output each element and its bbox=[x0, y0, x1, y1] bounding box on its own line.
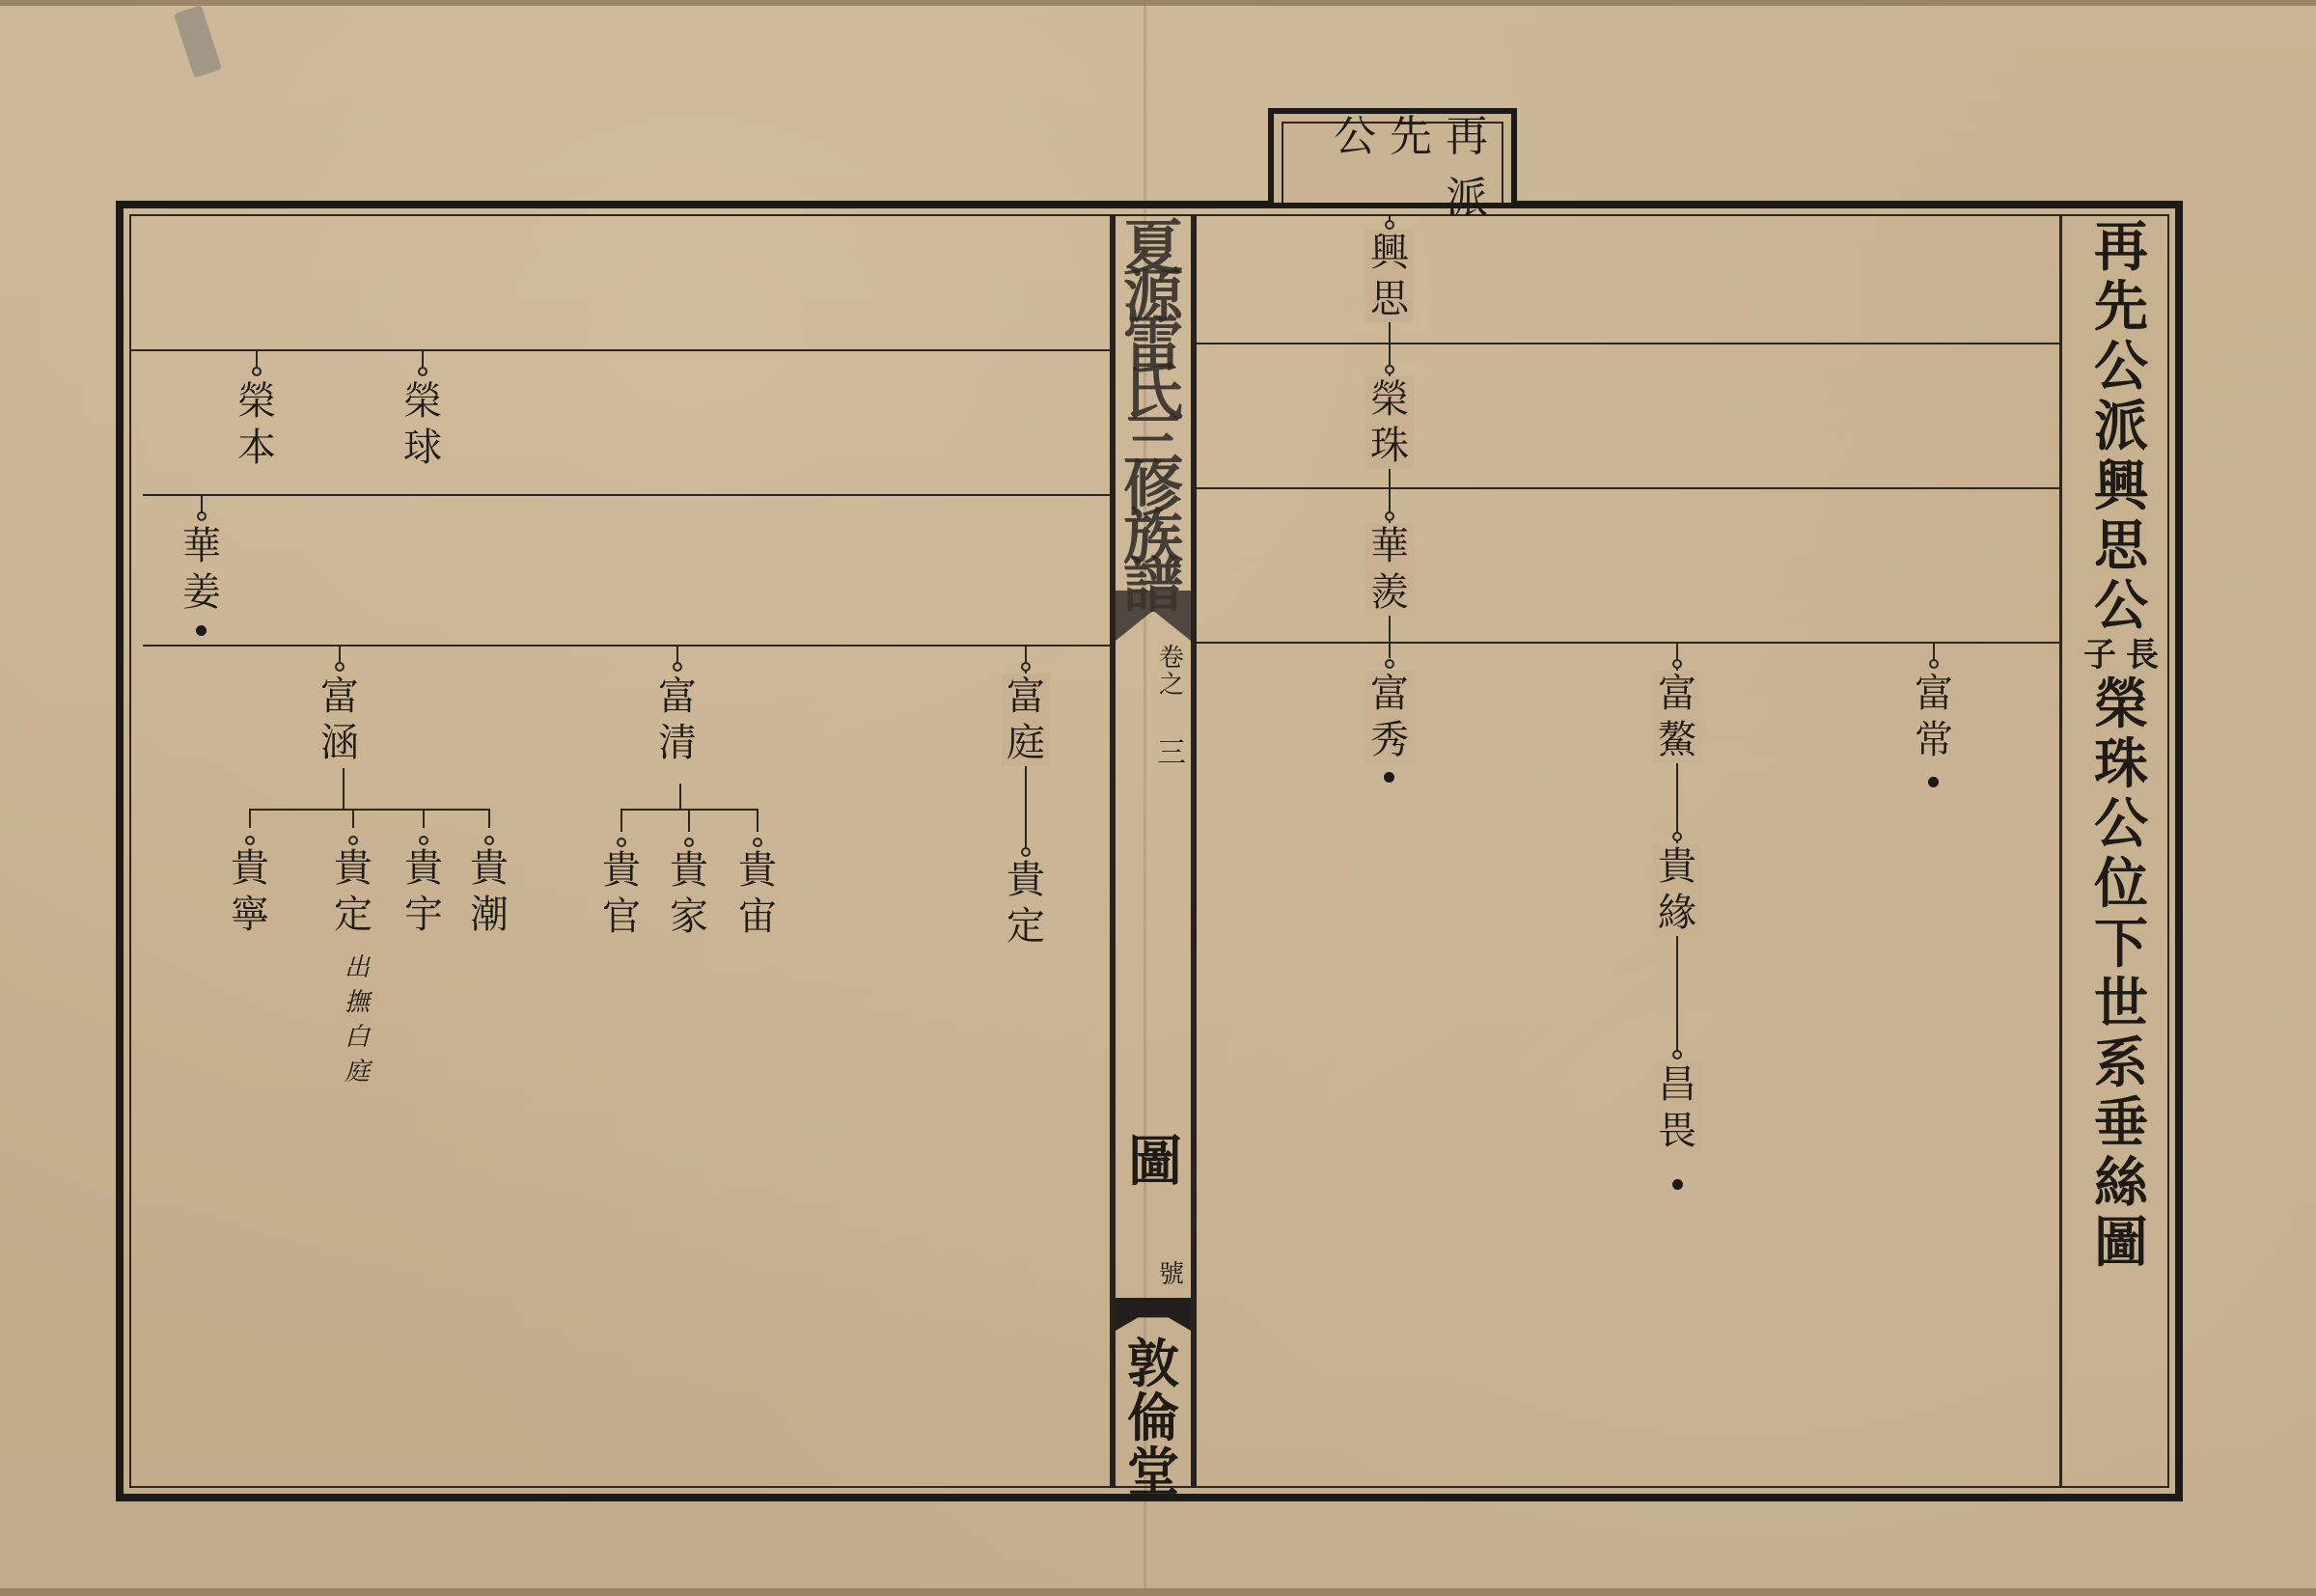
lineage-line bbox=[676, 645, 678, 664]
spine-volume-char: 之 bbox=[1159, 672, 1184, 699]
branch-tab: 再先公派 bbox=[1268, 108, 1517, 208]
lineage-line bbox=[488, 809, 490, 828]
generation-rule bbox=[1197, 487, 2059, 489]
person-hua-jiang: 華 姜 bbox=[178, 523, 226, 616]
adoption-note: 出 撫 白 庭 bbox=[340, 950, 374, 1089]
node-ring bbox=[245, 836, 255, 845]
terminal-dot bbox=[1672, 1179, 1683, 1190]
title-small-pair: 長 子 bbox=[2083, 636, 2159, 674]
title-char: 珠 bbox=[2094, 734, 2148, 794]
person-fu-qing: 富 清 bbox=[653, 674, 702, 766]
person-fu-chang: 富 常 bbox=[1910, 671, 1958, 763]
lineage-line bbox=[249, 809, 251, 828]
title-char: 榮 bbox=[2094, 674, 2148, 734]
title-char: 位 bbox=[2094, 854, 2148, 914]
person-hua-xian: 華 羨 bbox=[1365, 523, 1414, 616]
terminal-dot bbox=[196, 625, 207, 636]
terminal-dot bbox=[1928, 777, 1939, 787]
person-gui-jia: 貴 家 bbox=[665, 847, 713, 940]
lineage-line bbox=[343, 768, 345, 809]
title-char: 系 bbox=[2094, 1033, 2148, 1093]
lineage-line bbox=[422, 349, 424, 369]
lineage-line bbox=[757, 809, 758, 832]
person-gui-zhou: 貴 宙 bbox=[733, 847, 782, 940]
lineage-line bbox=[679, 784, 681, 809]
node-ring bbox=[673, 662, 682, 672]
person-gui-guan: 貴 官 bbox=[597, 847, 646, 940]
spine-book-title: 夏 源 雷 氏 三 修 族 譜 bbox=[1116, 224, 1191, 610]
person-rong-zhu: 榮 珠 bbox=[1365, 376, 1414, 469]
node-ring bbox=[419, 836, 428, 845]
node-ring bbox=[335, 662, 345, 672]
node-ring bbox=[484, 836, 494, 845]
spine-volume-char: 卷 bbox=[1159, 645, 1184, 672]
node-ring bbox=[1021, 847, 1031, 857]
spine-hao: 號 bbox=[1154, 1254, 1189, 1290]
node-ring bbox=[418, 367, 427, 376]
spine-volume-number: 三 bbox=[1154, 729, 1189, 771]
person-gui-yuan: 貴 緣 bbox=[1653, 843, 1701, 936]
generation-rule bbox=[1197, 642, 2059, 644]
node-ring bbox=[348, 836, 358, 845]
generation-rule bbox=[143, 645, 1110, 647]
node-ring bbox=[252, 367, 262, 376]
title-char: 絲 bbox=[2094, 1153, 2148, 1213]
spine-volume: 卷 之 bbox=[1154, 645, 1189, 699]
person-rong-ben: 榮 本 bbox=[233, 378, 281, 471]
spine-right-rule bbox=[1191, 214, 1197, 1488]
branch-tab-inner: 再先公派 bbox=[1282, 122, 1503, 203]
node-ring bbox=[617, 838, 626, 847]
page-bottom-edge bbox=[0, 1588, 2316, 1596]
title-char: 公 bbox=[2094, 337, 2148, 397]
node-ring bbox=[1672, 832, 1682, 841]
lineage-line bbox=[339, 645, 341, 664]
lineage-line bbox=[256, 349, 258, 369]
node-ring bbox=[1672, 659, 1682, 669]
lineage-line bbox=[688, 809, 690, 832]
title-char: 興 bbox=[2094, 456, 2148, 516]
branch-tab-label: 再先公派 bbox=[1283, 101, 1502, 225]
lineage-line bbox=[352, 809, 354, 828]
person-fu-ting: 富 庭 bbox=[1002, 674, 1050, 766]
spine-hall-char: 倫 bbox=[1127, 1390, 1179, 1445]
generation-rule bbox=[143, 494, 1110, 496]
node-ring bbox=[684, 838, 694, 847]
title-char: 再 bbox=[2094, 217, 2148, 277]
spine-hall-name: 敦 倫 堂 bbox=[1116, 1336, 1191, 1499]
node-ring bbox=[1385, 220, 1394, 230]
title-char: 派 bbox=[2094, 397, 2148, 456]
generation-rule bbox=[1197, 343, 2059, 344]
node-ring bbox=[1385, 659, 1394, 669]
person-gui-ding: 貴 定 bbox=[329, 845, 377, 938]
terminal-dot bbox=[1384, 772, 1394, 783]
person-rong-qiu: 榮 球 bbox=[399, 378, 447, 471]
title-char: 世 bbox=[2094, 974, 2148, 1033]
title-column-rule bbox=[2059, 214, 2062, 1488]
spine-hall-char: 敦 bbox=[1127, 1336, 1179, 1390]
title-char: 下 bbox=[2094, 914, 2148, 974]
person-gui-ning: 貴 寧 bbox=[226, 845, 274, 938]
title-char: 思 bbox=[2094, 516, 2148, 576]
node-ring bbox=[197, 511, 207, 521]
title-small-char: 子 bbox=[2083, 636, 2116, 674]
person-gui-chao: 貴 潮 bbox=[465, 845, 513, 938]
person-fu-xiu: 富 秀 bbox=[1365, 671, 1414, 763]
title-char: 公 bbox=[2094, 794, 2148, 854]
title-char: 先 bbox=[2094, 277, 2148, 337]
lineage-line bbox=[201, 494, 203, 513]
spine-section: 圖 bbox=[1119, 1119, 1191, 1197]
person-gui-ding-2: 貴 定 bbox=[1002, 857, 1050, 949]
person-gui-yu: 貴 宇 bbox=[400, 845, 448, 938]
title-char: 垂 bbox=[2094, 1093, 2148, 1153]
person-chang-wei: 昌 畏 bbox=[1653, 1061, 1701, 1154]
lineage-line bbox=[1933, 642, 1935, 661]
lineage-line bbox=[423, 809, 425, 828]
node-ring bbox=[1385, 511, 1394, 521]
sibling-bar bbox=[249, 809, 489, 811]
lineage-line bbox=[620, 809, 622, 832]
node-ring bbox=[1929, 659, 1939, 669]
spine-hall-char: 堂 bbox=[1127, 1445, 1179, 1499]
chart-title: 再 先 公 派 興 思 公 長 子 榮 珠 公 位 下 世 系 垂 絲 圖 bbox=[2073, 217, 2169, 1273]
title-char: 圖 bbox=[2094, 1213, 2148, 1273]
node-ring bbox=[1672, 1050, 1682, 1059]
node-ring bbox=[1021, 662, 1031, 672]
person-fu-han: 富 涵 bbox=[316, 674, 364, 766]
title-char: 公 bbox=[2094, 576, 2148, 636]
page-top-edge bbox=[0, 0, 2316, 6]
person-xing-si: 興 思 bbox=[1365, 230, 1414, 322]
person-fu-ao: 富 鰲 bbox=[1653, 671, 1701, 763]
node-ring bbox=[1385, 365, 1394, 374]
title-small-char: 長 bbox=[2126, 636, 2159, 674]
node-ring bbox=[753, 838, 762, 847]
generation-rule bbox=[131, 349, 1110, 351]
